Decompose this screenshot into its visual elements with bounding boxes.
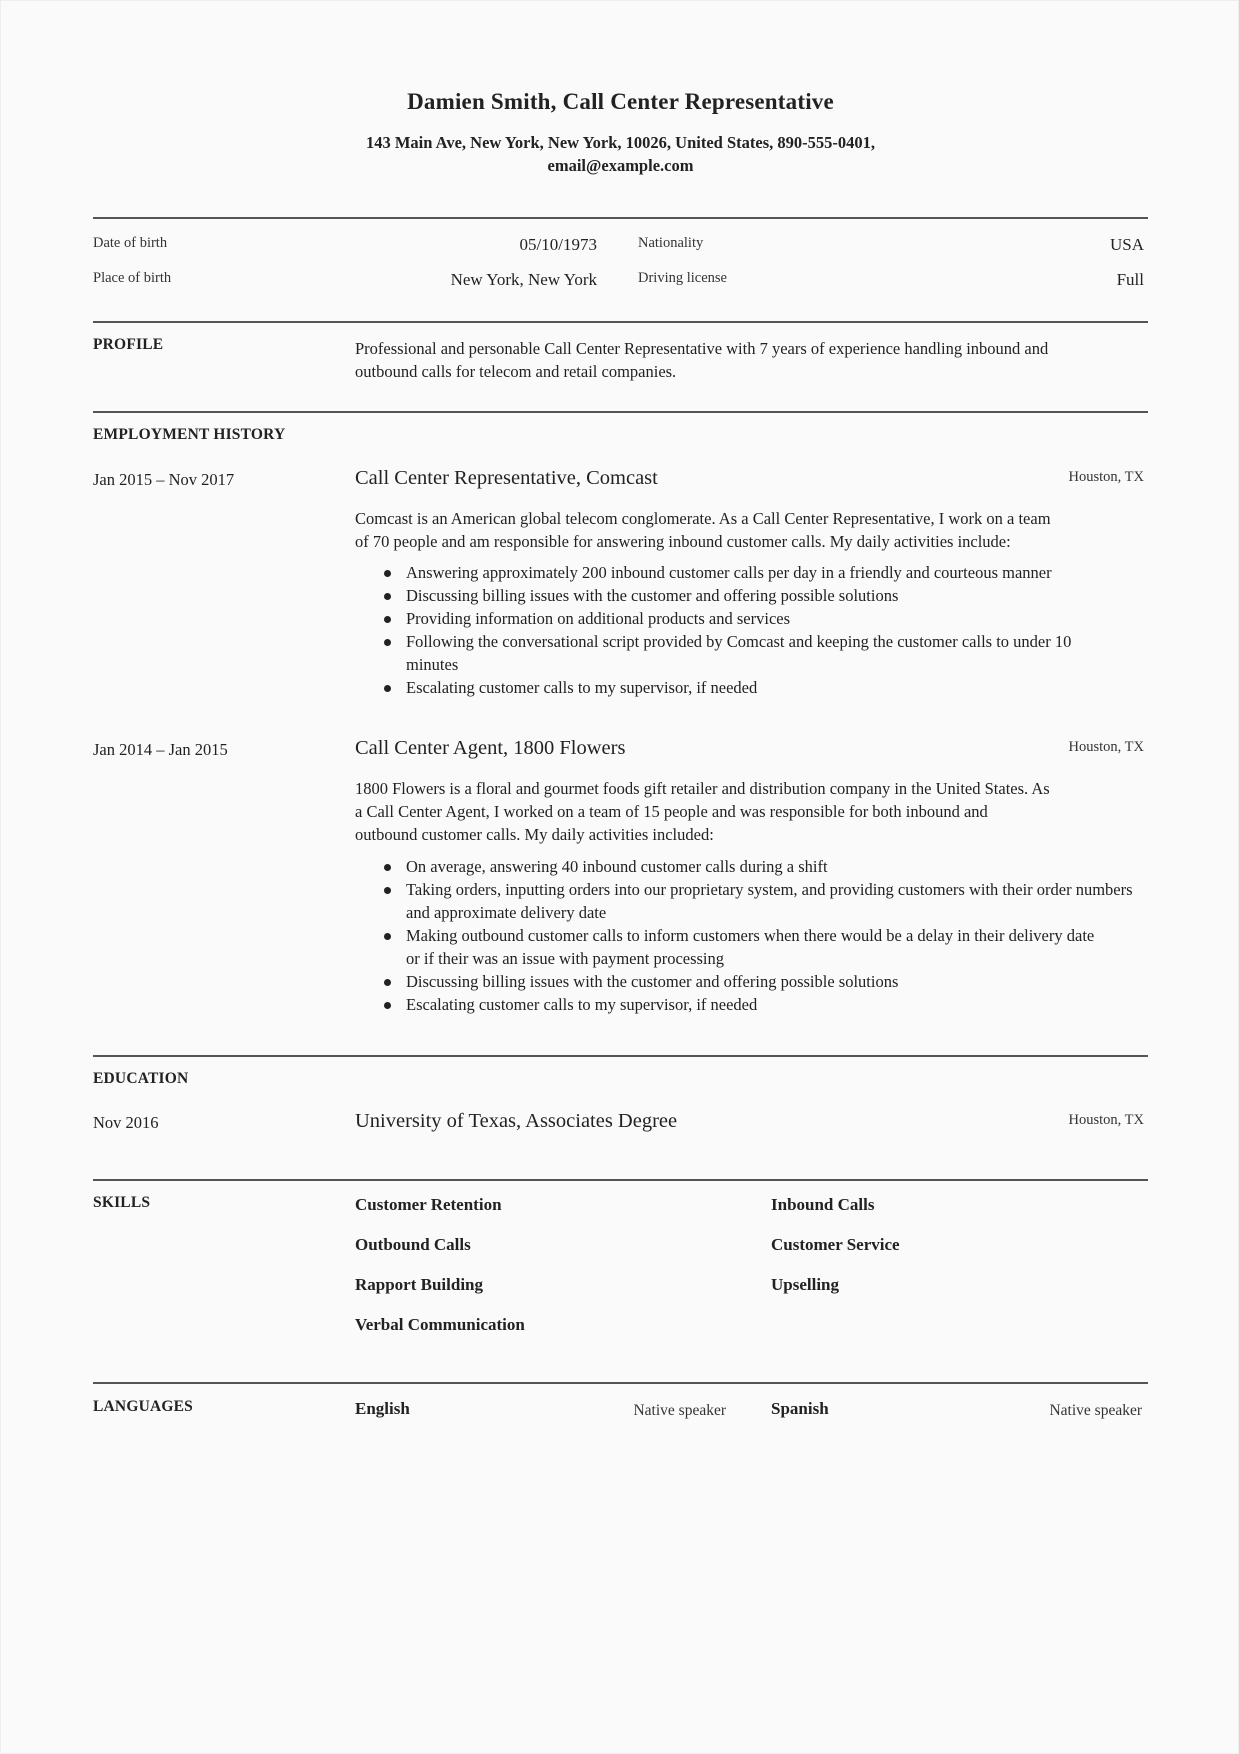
job-description: 1800 Flowers is a floral and gourmet foo… <box>355 777 1155 846</box>
date-of-birth-label: Date of birth <box>93 235 167 252</box>
date-of-birth-value: 05/10/1973 <box>381 235 597 255</box>
job-dates: Jan 2015 – Nov 2017 <box>93 468 234 491</box>
driving-license-value: Full <box>901 270 1144 290</box>
name-title: Damien Smith, Call Center Representative <box>1 89 1239 115</box>
bullet-item: Making outbound customer calls to inform… <box>355 924 1145 970</box>
job-description: Comcast is an American global telecom co… <box>355 507 1155 553</box>
education-title: University of Texas, Associates Degree <box>355 1110 677 1133</box>
place-of-birth-label: Place of birth <box>93 270 171 287</box>
bullet-item: Escalating customer calls to my supervis… <box>355 993 1145 1016</box>
language-name: Spanish <box>771 1399 829 1419</box>
languages-heading: LANGUAGES <box>93 1398 193 1416</box>
divider <box>93 1055 1148 1057</box>
contact-info: 143 Main Ave, New York, New York, 10026,… <box>1 131 1239 177</box>
job-location: Houston, TX <box>1001 739 1144 756</box>
job-bullets: Answering approximately 200 inbound cust… <box>355 561 1145 699</box>
bullet-item: Providing information on additional prod… <box>355 607 1145 630</box>
education-heading: EDUCATION <box>93 1070 188 1088</box>
profile-text: Professional and personable Call Center … <box>355 337 1155 383</box>
job-description-line: of 70 people and am responsible for answ… <box>355 530 1155 553</box>
job-title: Call Center Representative, Comcast <box>355 467 658 490</box>
bullet-item: Answering approximately 200 inbound cust… <box>355 561 1145 584</box>
bullet-item: Discussing billing issues with the custo… <box>355 584 1145 607</box>
contact-email: email@example.com <box>1 154 1239 177</box>
divider <box>93 217 1148 219</box>
language-level: Native speaker <box>976 1402 1142 1420</box>
skill-item: Rapport Building <box>355 1275 483 1295</box>
bullet-item: Escalating customer calls to my supervis… <box>355 676 1145 699</box>
divider <box>93 1382 1148 1384</box>
divider <box>93 321 1148 323</box>
job-description-line: outbound customer calls. My daily activi… <box>355 823 1155 846</box>
nationality-label: Nationality <box>638 235 703 252</box>
driving-license-label: Driving license <box>638 270 727 287</box>
bullet-item: Discussing billing issues with the custo… <box>355 970 1145 993</box>
profile-line: outbound calls for telecom and retail co… <box>355 360 1155 383</box>
job-title: Call Center Agent, 1800 Flowers <box>355 737 625 760</box>
job-bullets: On average, answering 40 inbound custome… <box>355 855 1145 1016</box>
divider <box>93 411 1148 413</box>
skill-item: Customer Service <box>771 1235 900 1255</box>
skill-item: Inbound Calls <box>771 1195 874 1215</box>
resume-page: Damien Smith, Call Center Representative… <box>0 0 1239 1754</box>
job-location: Houston, TX <box>1001 469 1144 486</box>
divider <box>93 1179 1148 1181</box>
job-description-line: a Call Center Agent, I worked on a team … <box>355 800 1155 823</box>
education-date: Nov 2016 <box>93 1111 159 1134</box>
nationality-value: USA <box>901 235 1144 255</box>
skill-item: Outbound Calls <box>355 1235 471 1255</box>
skill-item: Customer Retention <box>355 1195 502 1215</box>
skills-heading: SKILLS <box>93 1194 150 1212</box>
bullet-item: Taking orders, inputting orders into our… <box>355 878 1145 924</box>
employment-heading: EMPLOYMENT HISTORY <box>93 426 285 444</box>
language-level: Native speaker <box>561 1402 726 1420</box>
education-location: Houston, TX <box>1001 1112 1144 1129</box>
language-name: English <box>355 1399 410 1419</box>
job-dates: Jan 2014 – Jan 2015 <box>93 738 228 761</box>
skill-item: Verbal Communication <box>355 1315 525 1335</box>
skill-item: Upselling <box>771 1275 839 1295</box>
contact-address-phone: 143 Main Ave, New York, New York, 10026,… <box>1 131 1239 154</box>
profile-line: Professional and personable Call Center … <box>355 337 1155 360</box>
place-of-birth-value: New York, New York <box>381 270 597 290</box>
job-description-line: 1800 Flowers is a floral and gourmet foo… <box>355 777 1155 800</box>
job-description-line: Comcast is an American global telecom co… <box>355 507 1155 530</box>
profile-heading: PROFILE <box>93 336 163 354</box>
bullet-item: Following the conversational script prov… <box>355 630 1145 676</box>
resume-header: Damien Smith, Call Center Representative… <box>1 89 1239 177</box>
bullet-item: On average, answering 40 inbound custome… <box>355 855 1145 878</box>
